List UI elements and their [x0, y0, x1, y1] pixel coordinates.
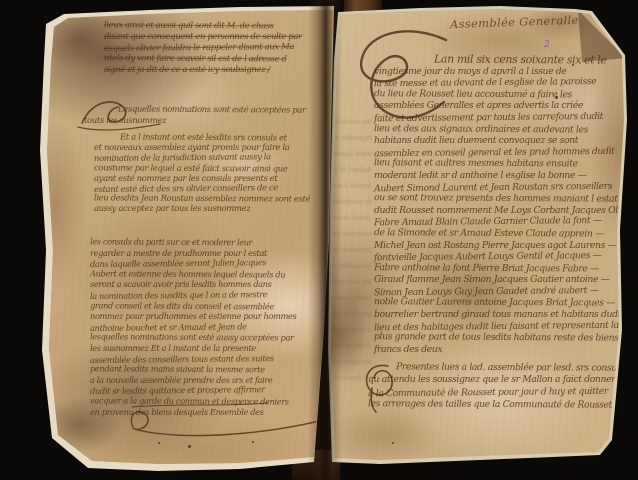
handwritten-line: francs des deux [374, 344, 637, 356]
page-heading: Assemblée Generalle [450, 13, 579, 31]
handwritten-line: grand conseil et les dits du conseil et … [90, 300, 296, 312]
handwritten-line: nommez pour prudhommes et estienne pour … [326, 226, 372, 242]
handwritten-line: du lieu de Rousset lieu accoustumé a fai… [374, 88, 637, 101]
handwritten-line: les susnommez Et a l instant de la prese… [90, 343, 296, 354]
handwritten-line: coustume par lequel a esté faict scavoir… [94, 163, 310, 175]
handwritten-line: Fabre anthoine la font Pierre Briat Jacq… [374, 262, 637, 275]
foxing-speck [158, 442, 160, 444]
right-page-edge: Assemblée Generalle 2 les consuls du par… [322, 4, 638, 470]
handwritten-line: bourrelier bertrand giraud tous manans e… [374, 309, 637, 321]
handwriting-block-nomination: Et a l instant ont esté lesdits srs cons… [94, 133, 310, 215]
handwritten-line: lieu faisant et aultres mesmes habitans … [374, 158, 637, 171]
handwriting-block-opening: Lan mil six cens soixante six et levingt… [374, 54, 637, 355]
handwritten-line: dudit sr lesdits quittance et prospere a… [326, 338, 372, 354]
handwritten-line: les arrerages des tailles que la Communa… [368, 398, 624, 412]
handwritten-line: Lesquelles nominations sont esté accepté… [84, 104, 306, 116]
handwritten-line: Aubert et estienne des hommes lequel des… [326, 162, 372, 178]
handwritten-line: regarder a mestre de prudhomme pour l es… [326, 130, 372, 146]
handwritten-line: pendant lesdits mains suivant la mesme s… [326, 306, 372, 322]
handwritten-line: assemblée des conseillers tous estant de… [326, 290, 372, 306]
handwritten-line: touts les susnommez [84, 116, 306, 127]
handwritten-line: les susnommez Et a l instant de la prese… [326, 274, 372, 290]
handwritten-line: ou se sont trouvez presents des hommes m… [374, 192, 637, 205]
handwritten-line: en provenu des biens desquels Ensemble d… [90, 407, 296, 418]
handwritten-line: la nomination des susdits que l on a de … [326, 194, 372, 210]
handwritten-line: qu attendu les soussignez que le sr Mall… [368, 374, 624, 386]
right-page: Assemblée Generalle 2 les consuls du par… [322, 4, 638, 470]
handwritten-line: grand conseil et les dits du conseil et … [326, 210, 372, 226]
handwritten-line: a la nouvelle assemblée prendre des srs … [326, 322, 372, 338]
handwriting-block-acceptance: Lesquelles nominations sont esté accepté… [84, 105, 306, 127]
handwritten-line: vacquer a la garde du commun et despence… [326, 354, 372, 370]
foxing-speck [392, 442, 394, 444]
handwritten-line: aussy acceptez par tous les susnommez [94, 204, 310, 214]
handwriting-block-closing: Presentes lues a lad. assemblée par lesd… [368, 362, 624, 412]
handwritten-line: les consuls du parti sur ce et moderer l… [326, 114, 372, 130]
handwritten-line: Presentes lues a lad. assemblée par lesd… [368, 361, 624, 375]
handwritten-line: les consuls du parti sur ce et moderer l… [90, 236, 296, 248]
foxing-speck [252, 441, 254, 443]
handwriting-block-struck-note: lieux ainsi et aussi quil sont dit M. de… [104, 21, 302, 76]
foxing-speck [555, 96, 558, 99]
handwritten-line: seront a scavoir avoir pris lesdits homm… [326, 178, 372, 194]
handwritten-line: lieu desdits Jean Roustan assemblez nomm… [94, 194, 310, 206]
show-through-text: les consuls du parti sur ce et moderer l… [326, 114, 372, 394]
handwriting-block-lower: les consuls du parti sur ce et moderer l… [90, 237, 296, 417]
foxing-speck [188, 445, 191, 448]
handwritten-line: lieu et des aux signaux ordinaires et au… [374, 123, 637, 136]
handwritten-line: noble Gautier Laurens antoine Jacques Br… [374, 297, 637, 310]
handwritten-line: lesquelles nominations sont esté aussy a… [90, 332, 296, 344]
left-page: lieux ainsi et aussi quil sont dit M. de… [38, 5, 338, 475]
foxing-speck [572, 64, 574, 66]
handwritten-line: lesquelles nominations sont esté aussy a… [326, 258, 372, 274]
manuscript-scan: lieux ainsi et aussi quil sont dit M. de… [0, 0, 638, 480]
archival-mark: 2 [544, 40, 550, 50]
handwritten-line: anthoine bouchet et sr Amaud et Jean de [326, 242, 372, 258]
handwritten-line: Et a l instant ont esté lesdits srs cons… [94, 132, 310, 144]
handwritten-line: de la Simonde et sr Amaud Esteve Claude … [374, 227, 637, 240]
handwritten-line: Lan mil six cens soixante six et le [374, 53, 637, 66]
handwritten-line: signé et ja dit de ce a esté icy soubsig… [104, 65, 302, 76]
handwritten-line: vacquer a la garde du commun et despence… [90, 395, 296, 407]
handwritten-line: nommez pour prudhommes et estienne pour … [90, 311, 296, 322]
handwritten-line: Aubert et estienne des hommes lequel des… [90, 268, 296, 280]
left-page-edge: lieux ainsi et aussi quil sont dit M. de… [38, 5, 338, 475]
handwritten-line: pendant lesdits mains suivant la mesme s… [90, 363, 296, 375]
handwritten-line: moderant ledit sr d anthoine l esglise l… [374, 170, 637, 182]
handwritten-line: dans laquelle assemblée seront Julien Ja… [326, 146, 372, 162]
handwritten-line: plus grande part de tous lesdits habitan… [374, 331, 637, 344]
handwritten-line: habitans dudit lieu duement convoquez se… [374, 135, 637, 147]
handwritten-line: lieux ainsi et aussi quil sont dit M. de… [104, 20, 302, 32]
handwritten-line: ntels dy vont faire scavoir sil est de l… [104, 53, 302, 65]
handwritten-line: en provenu des biens desquels Ensemble d… [326, 370, 372, 386]
